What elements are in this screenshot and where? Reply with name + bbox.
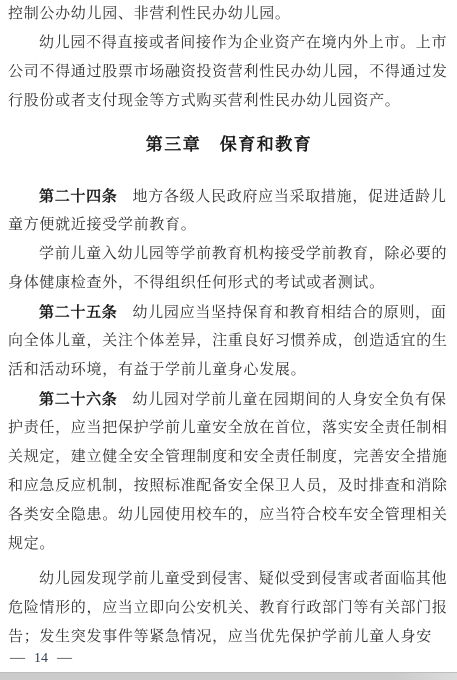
footer-dash-left: — bbox=[10, 650, 25, 666]
body-line: 规定。 bbox=[8, 530, 450, 559]
article-number: 第二十六条 bbox=[39, 391, 118, 408]
article-number: 第二十四条 bbox=[39, 188, 118, 205]
body-line: 童方便就近接受学前教育。 bbox=[8, 211, 450, 240]
body-line: 公司不得通过股票市场融资投资营利性民办幼儿园，不得通过发 bbox=[8, 58, 450, 87]
document-content: 控制公办幼儿园、非营利性民办幼儿园。 幼儿园不得直接或者间接作为企业资产在境内外… bbox=[8, 0, 450, 652]
article-number: 第二十五条 bbox=[39, 304, 118, 321]
body-line-text: 幼儿园对学前儿童在园期间的人身安全负有保 bbox=[133, 392, 447, 408]
article-line: 第二十六条幼儿园对学前儿童在园期间的人身安全负有保 bbox=[8, 385, 450, 414]
chapter-heading: 第三章 保育和教育 bbox=[8, 130, 450, 159]
body-line: 控制公办幼儿园、非营利性民办幼儿园。 bbox=[8, 0, 450, 29]
body-line: 活和活动环境，有益于学前儿童身心发展。 bbox=[8, 356, 450, 385]
body-line: 告；发生突发事件等紧急情况，应当优先保护学前儿童人身安 bbox=[8, 623, 450, 652]
body-line: 和应急反应机制，按照标准配备安全保卫人员，及时排查和消除 bbox=[8, 472, 450, 501]
page-edge-bar bbox=[0, 672, 457, 680]
body-line: 向全体儿童，关注个体差异，注重良好习惯养成，创造适宜的生 bbox=[8, 327, 450, 356]
body-line: 行股份或者支付现金等方式购买营利性民办幼儿园资产。 bbox=[8, 87, 450, 116]
body-line-text: 地方各级人民政府应当采取措施，促进适龄儿 bbox=[133, 189, 447, 205]
body-line: 幼儿园发现学前儿童受到侵害、疑似受到侵害或者面临其他 bbox=[8, 565, 450, 594]
footer-dash-right: — bbox=[57, 650, 72, 666]
body-line: 幼儿园不得直接或者间接作为企业资产在境内外上市。上市 bbox=[8, 29, 450, 58]
article-line: 第二十四条地方各级人民政府应当采取措施，促进适龄儿 bbox=[8, 182, 450, 211]
body-line: 身体健康检查外，不得组织任何形式的考试或者测试。 bbox=[8, 269, 450, 298]
page-number: 14 bbox=[34, 651, 48, 666]
page-footer: —14— bbox=[10, 648, 72, 668]
body-line: 学前儿童入幼儿园等学前教育机构接受学前教育，除必要的 bbox=[8, 240, 450, 269]
body-line: 护责任，应当把保护学前儿童安全放在首位，落实安全责任制相 bbox=[8, 414, 450, 443]
body-line: 关规定，建立健全安全管理制度和安全责任制度，完善安全措施 bbox=[8, 443, 450, 472]
document-page: 控制公办幼儿园、非营利性民办幼儿园。 幼儿园不得直接或者间接作为企业资产在境内外… bbox=[0, 0, 457, 680]
body-line-text: 幼儿园应当坚持保育和教育相结合的原则，面 bbox=[133, 305, 447, 321]
body-line: 各类安全隐患。幼儿园使用校车的，应当符合校车安全管理相关 bbox=[8, 501, 450, 530]
body-line: 危险情形的，应当立即向公安机关、教育行政部门等有关部门报 bbox=[8, 594, 450, 623]
article-line: 第二十五条幼儿园应当坚持保育和教育相结合的原则，面 bbox=[8, 298, 450, 327]
